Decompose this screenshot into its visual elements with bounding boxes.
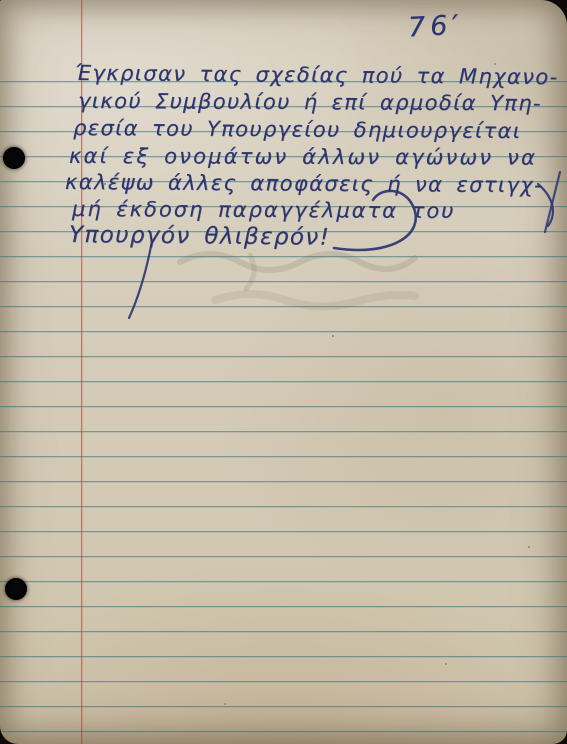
- notebook-page: 76′ Έγκρισαν τας σχεδίας πού τα Μηχανο- …: [0, 0, 567, 744]
- ink-flourish-strokes: [0, 0, 567, 744]
- paper-specks: [104, 183, 106, 185]
